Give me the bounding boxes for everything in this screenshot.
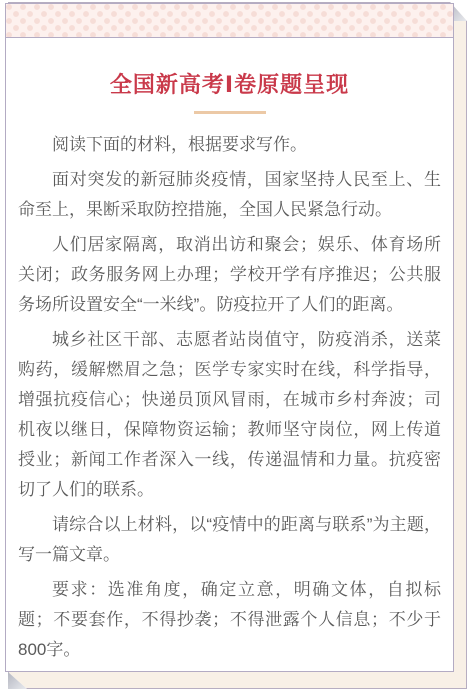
paragraph-material-1: 面对突发的新冠肺炎疫情，国家坚持人民至上、生命至上，果断采取防控措施，全国人民紧… xyxy=(18,165,441,225)
paragraph-material-2: 人们居家隔离，取消出访和聚会；娱乐、体育场所关闭；政务服务网上办理；学校开学有序… xyxy=(18,230,441,320)
page-canvas: 全国新高考Ⅰ卷原题呈现 阅读下面的材料，根据要求写作。 面对突发的新冠肺炎疫情，… xyxy=(0,0,469,691)
paragraph-task: 请综合以上材料，以“疫情中的距离与联系”为主题，写一篇文章。 xyxy=(18,510,441,570)
essay-prompt-body: 阅读下面的材料，根据要求写作。 面对突发的新冠肺炎疫情，国家坚持人民至上、生命至… xyxy=(6,114,453,665)
paragraph-instruction: 阅读下面的材料，根据要求写作。 xyxy=(18,130,441,160)
paragraph-requirements: 要求：选准角度，确定立意，明确文体，自拟标题；不要套作，不得抄袭；不得泄露个人信… xyxy=(18,575,441,665)
polka-dot-header-band xyxy=(6,4,453,38)
paragraph-material-3: 城乡社区干部、志愿者站岗值守，防疫消杀，送菜购药，缓解燃眉之急；医学专家实时在线… xyxy=(18,325,441,505)
page-title: 全国新高考Ⅰ卷原题呈现 xyxy=(6,73,453,97)
front-page: 全国新高考Ⅰ卷原题呈现 阅读下面的材料，根据要求写作。 面对突发的新冠肺炎疫情，… xyxy=(5,3,454,672)
